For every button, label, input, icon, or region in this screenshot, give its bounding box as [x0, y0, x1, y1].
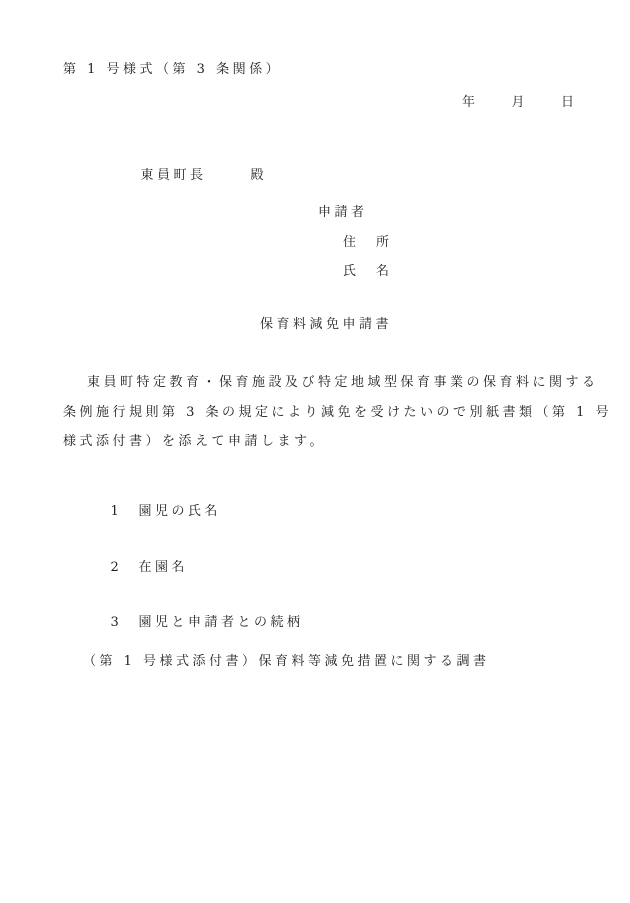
recipient-line: 東員町長殿	[110, 154, 267, 199]
list-item-number: 3	[111, 616, 139, 631]
list-item: 2在園名	[80, 546, 188, 591]
applicant-heading: 申請者	[318, 206, 368, 221]
list-item-number: 2	[111, 561, 139, 576]
form-number-label: 第 1 号様式（第 3 条関係）	[63, 63, 282, 78]
applicant-address-label: 住 所	[343, 236, 393, 251]
attachment-note: （第 1 号様式添付書）保育料等減免措置に関する調書	[83, 655, 490, 670]
list-item: 3園児と申請者との続柄	[80, 601, 304, 646]
date-line: 年 月 日	[462, 96, 578, 111]
list-item-label: 園児と申請者との続柄	[139, 615, 304, 630]
recipient-name: 東員町長	[141, 168, 207, 183]
document-page: 第 1 号様式（第 3 条関係） 年 月 日 東員町長殿 申請者 住 所 氏 名…	[0, 0, 630, 903]
document-title: 保育料減免申請書	[260, 318, 392, 333]
body-paragraph-line: 様式添付書）を添えて申請します。	[63, 435, 326, 450]
body-paragraph-line: 東員町特定教育・保育施設及び特定地域型保育事業の保育料に関する	[87, 376, 599, 391]
recipient-honorific: 殿	[251, 168, 268, 183]
list-item-number: 1	[111, 505, 139, 520]
body-paragraph-line: 条例施行規則第 3 条の規定により減免を受けたいので別紙書類（第 1 号	[63, 406, 612, 421]
list-item: 1園児の氏名	[80, 490, 221, 535]
applicant-name-label: 氏 名	[343, 265, 393, 280]
list-item-label: 在園名	[139, 560, 189, 575]
list-item-label: 園児の氏名	[139, 504, 222, 519]
